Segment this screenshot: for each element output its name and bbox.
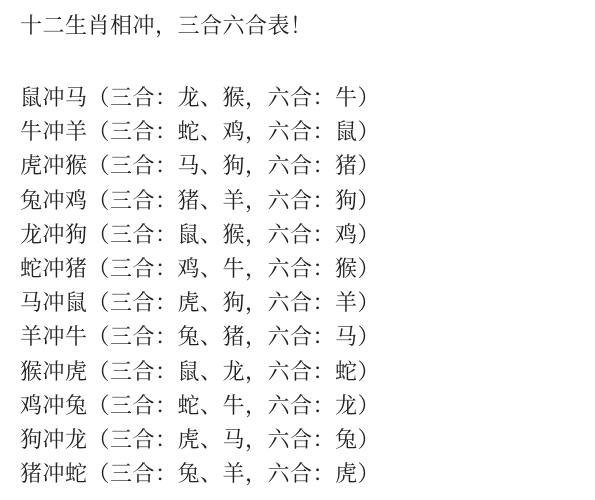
list-item: 鸡冲兔（三合：蛇、牛，六合：龙） xyxy=(20,390,380,424)
list-item: 猴冲虎（三合：鼠、龙，六合：蛇） xyxy=(20,356,380,390)
document-title: 十二生肖相冲，三合六合表！ xyxy=(20,12,313,42)
list-item: 龙冲狗（三合：鼠、猴，六合：鸡） xyxy=(20,219,380,253)
list-item: 马冲鼠（三合：虎、狗，六合：羊） xyxy=(20,287,380,321)
list-item: 猪冲蛇（三合：兔、羊，六合：虎） xyxy=(20,458,380,492)
zodiac-clash-list: 鼠冲马（三合：龙、猴，六合：牛） 牛冲羊（三合：蛇、鸡，六合：鼠） 虎冲猴（三合… xyxy=(20,82,380,492)
list-item: 狗冲龙（三合：虎、马，六合：兔） xyxy=(20,424,380,458)
list-item: 蛇冲猪（三合：鸡、牛，六合：猴） xyxy=(20,253,380,287)
list-item: 羊冲牛（三合：兔、猪，六合：马） xyxy=(20,321,380,355)
list-item: 兔冲鸡（三合：猪、羊，六合：狗） xyxy=(20,185,380,219)
list-item: 鼠冲马（三合：龙、猴，六合：牛） xyxy=(20,82,380,116)
list-item: 虎冲猴（三合：马、狗，六合：猪） xyxy=(20,150,380,184)
list-item: 牛冲羊（三合：蛇、鸡，六合：鼠） xyxy=(20,116,380,150)
